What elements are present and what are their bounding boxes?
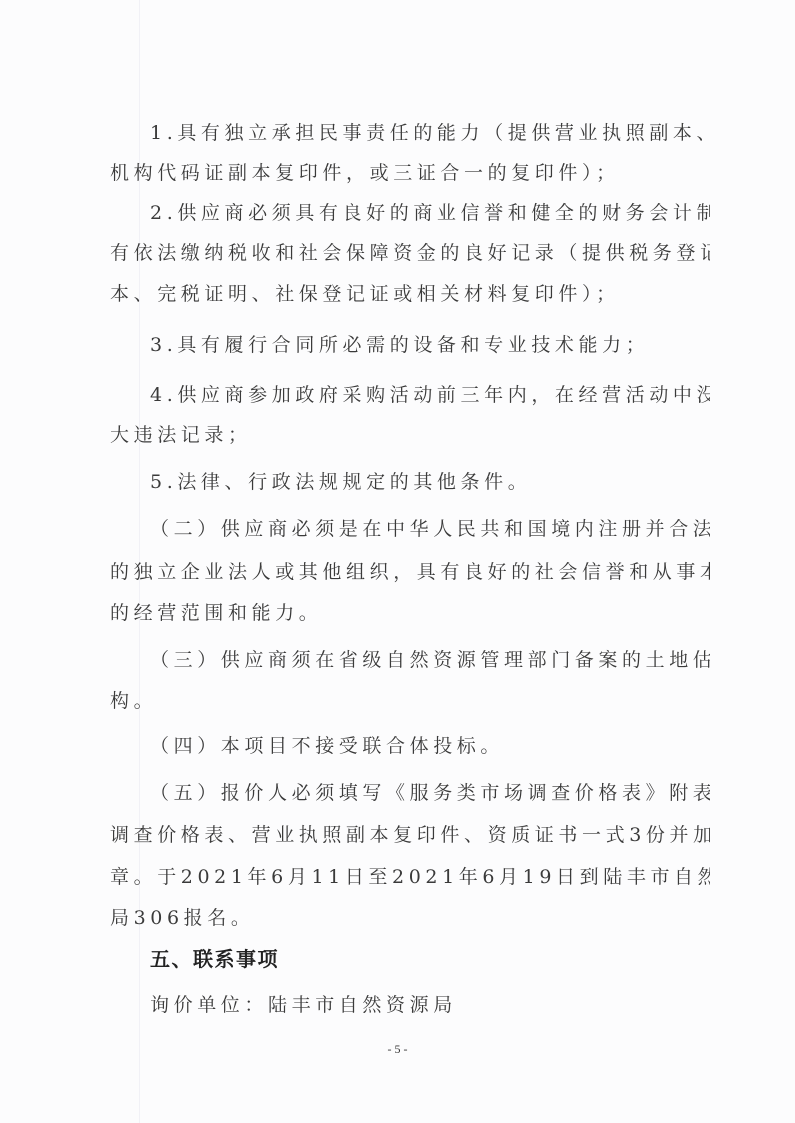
page-number: - 5 -	[0, 1042, 795, 1057]
requirement-2-line-2: 的独立企业法人或其他组织，具有良好的社会信誉和从事本项目	[110, 554, 710, 590]
document-page: 1.具有独立承担民事责任的能力（提供营业执照副本、组织 机构代码证副本复印件，或…	[0, 0, 795, 1123]
qualification-item-4-line-1: 4.供应商参加政府采购活动前三年内，在经营活动中没有重	[150, 377, 710, 413]
qualification-item-3: 3.具有履行合同所必需的设备和专业技术能力；	[150, 327, 710, 363]
qualification-item-4-line-2: 大违法记录；	[110, 417, 710, 453]
qualification-item-1-line-1: 1.具有独立承担民事责任的能力（提供营业执照副本、组织	[150, 115, 710, 151]
requirement-5-line-4: 局306报名。	[110, 900, 710, 936]
requirement-5-line-3: 章。于2021年6月11日至2021年6月19日到陆丰市自然资源	[110, 859, 710, 895]
qualification-item-2-line-2: 有依法缴纳税收和社会保障资金的良好记录（提供税务登记证副	[110, 235, 710, 271]
requirement-2-line-1: （二）供应商必须是在中华人民共和国境内注册并合法运作	[150, 511, 710, 547]
qualification-item-1-line-2: 机构代码证副本复印件，或三证合一的复印件）；	[110, 155, 710, 191]
qualification-item-2-line-3: 本、完税证明、社保登记证或相关材料复印件）；	[110, 276, 710, 312]
qualification-item-2-line-1: 2.供应商必须具有良好的商业信誉和健全的财务会计制度且	[150, 195, 710, 231]
requirement-3-line-1: （三）供应商须在省级自然资源管理部门备案的土地估价机	[150, 642, 710, 678]
contact-inquiry-unit: 询价单位：陆丰市自然资源局	[150, 987, 710, 1023]
requirement-4: （四）本项目不接受联合体投标。	[150, 728, 710, 764]
requirement-3-line-2: 构。	[110, 683, 710, 719]
requirement-2-line-3: 的经营范围和能力。	[110, 595, 710, 631]
section-heading-contact: 五、联系事项	[150, 941, 710, 977]
qualification-item-5: 5.法律、行政法规规定的其他条件。	[150, 464, 710, 500]
requirement-5-line-2: 调查价格表、营业执照副本复印件、资质证书一式3份并加盖公	[110, 817, 710, 853]
requirement-5-line-1: （五）报价人必须填写《服务类市场调查价格表》附表1，凭	[150, 775, 710, 811]
